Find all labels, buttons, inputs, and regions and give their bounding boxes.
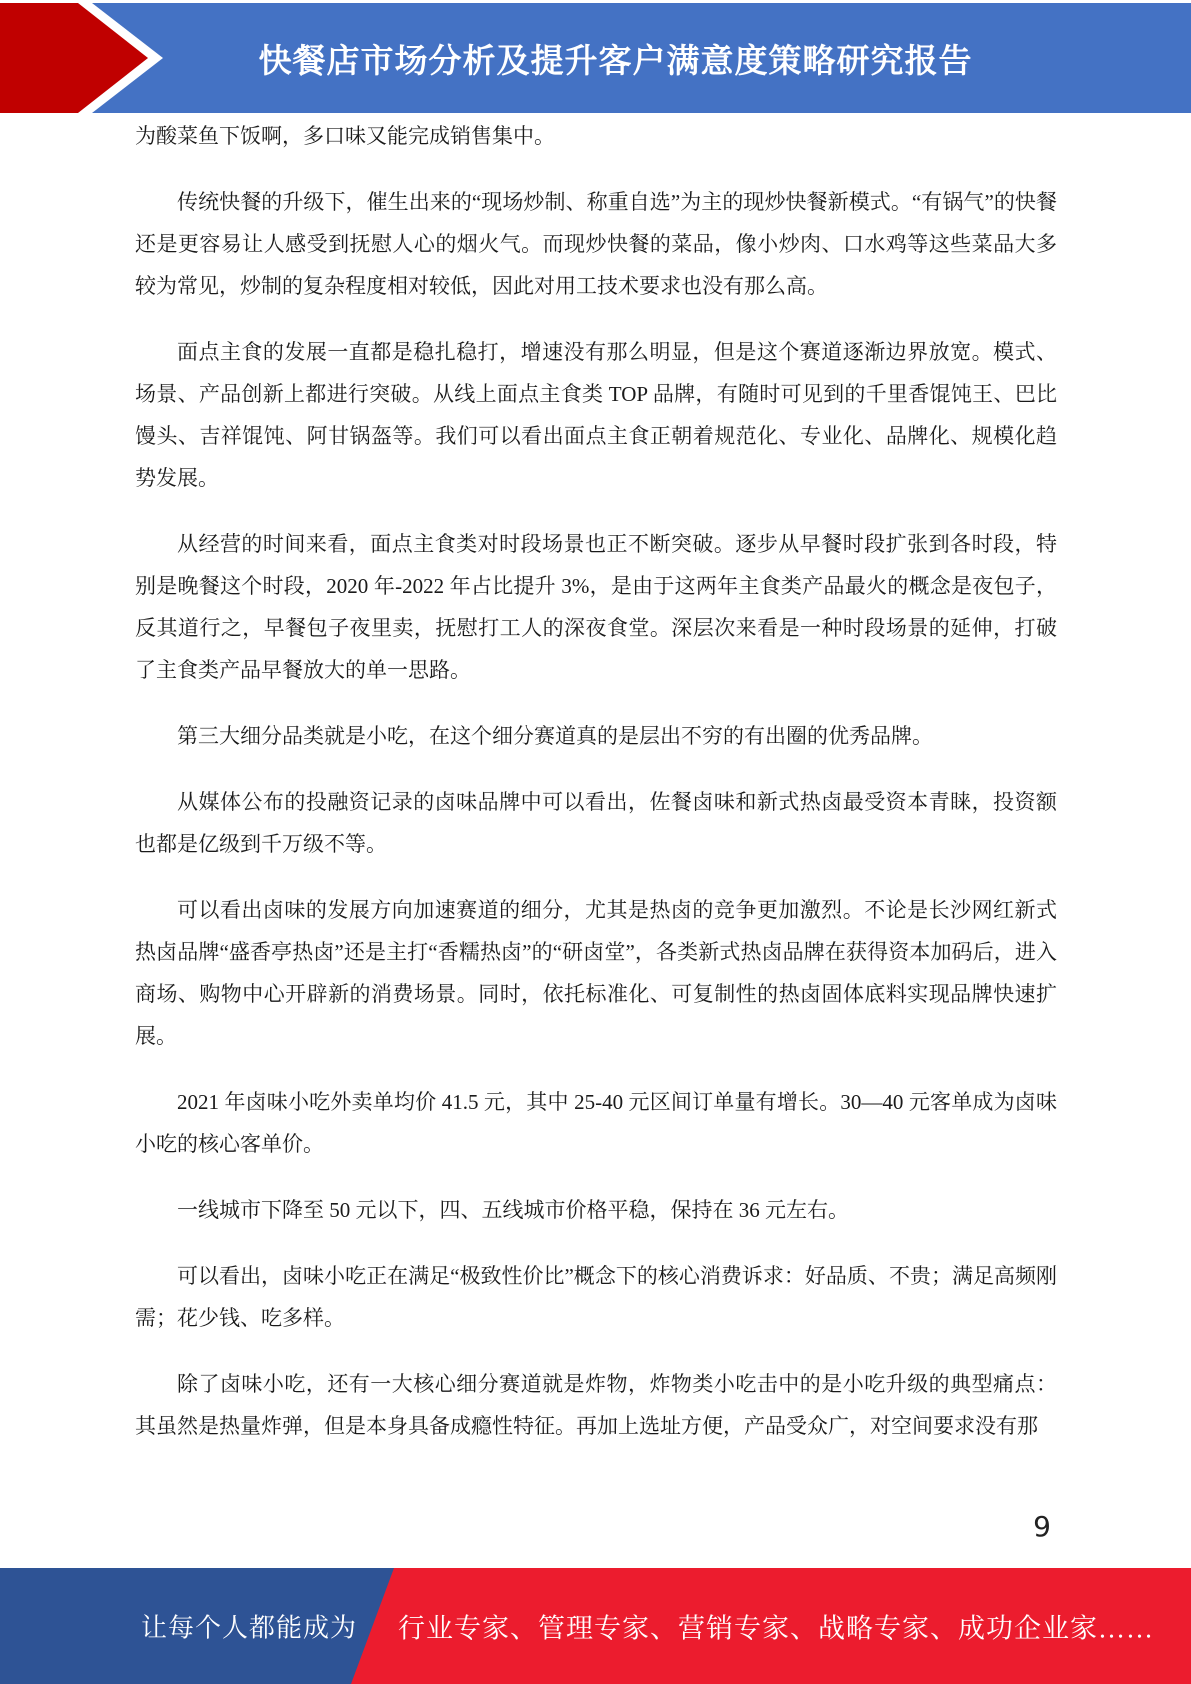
- paragraph: 从媒体公布的投融资记录的卤味品牌中可以看出，佐餐卤味和新式热卤最受资本青睐，投资…: [135, 781, 1057, 865]
- paragraph: 传统快餐的升级下，催生出来的“现场炒制、称重自选”为主的现炒快餐新模式。“有锅气…: [135, 181, 1057, 307]
- paragraph: 可以看出卤味的发展方向加速赛道的细分，尤其是热卤的竞争更加激烈。不论是长沙网红新…: [135, 889, 1057, 1057]
- paragraph: 为酸菜鱼下饭啊，多口味又能完成销售集中。: [135, 115, 1057, 157]
- footer-left-text: 让每个人都能成为: [141, 1608, 357, 1645]
- body-text: 为酸菜鱼下饭啊，多口味又能完成销售集中。 传统快餐的升级下，催生出来的“现场炒制…: [135, 115, 1057, 1471]
- page-header: 快餐店市场分析及提升客户满意度策略研究报告: [0, 3, 1191, 113]
- page-footer: 让每个人都能成为 行业专家、管理专家、营销专家、战略专家、成功企业家……: [0, 1568, 1191, 1684]
- paragraph: 从经营的时间来看，面点主食类对时段场景也正不断突破。逐步从早餐时段扩张到各时段，…: [135, 523, 1057, 691]
- report-page: 快餐店市场分析及提升客户满意度策略研究报告 为酸菜鱼下饭啊，多口味又能完成销售集…: [0, 0, 1191, 1684]
- paragraph: 可以看出，卤味小吃正在满足“极致性价比”概念下的核心消费诉求：好品质、不贵；满足…: [135, 1255, 1057, 1339]
- paragraph: 第三大细分品类就是小吃，在这个细分赛道真的是层出不穷的有出圈的优秀品牌。: [135, 715, 1057, 757]
- footer-right-text: 行业专家、管理专家、营销专家、战略专家、成功企业家……: [398, 1607, 1154, 1646]
- chevron-arrow-icon: [0, 3, 170, 113]
- paragraph: 除了卤味小吃，还有一大核心细分赛道就是炸物，炸物类小吃击中的是小吃升级的典型痛点…: [135, 1363, 1057, 1447]
- paragraph: 面点主食的发展一直都是稳扎稳打，增速没有那么明显，但是这个赛道逐渐边界放宽。模式…: [135, 331, 1057, 499]
- paragraph: 2021 年卤味小吃外卖单均价 41.5 元，其中 25-40 元区间订单量有增…: [135, 1081, 1057, 1165]
- paragraph: 一线城市下降至 50 元以下，四、五线城市价格平稳，保持在 36 元左右。: [135, 1189, 1057, 1231]
- page-title: 快餐店市场分析及提升客户满意度策略研究报告: [219, 35, 973, 82]
- page-number: 9: [1033, 1510, 1051, 1543]
